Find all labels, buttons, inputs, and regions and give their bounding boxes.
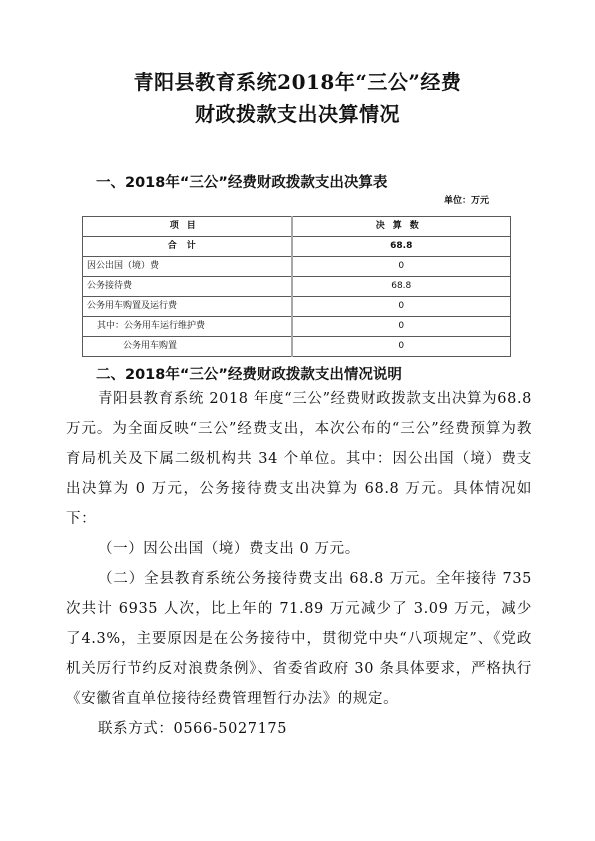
section-heading-table: 一、2018年“三公”经费财政拨款支出决算表 <box>96 173 387 193</box>
unit-label: 单位：万元 <box>444 195 489 207</box>
row-value: 0 <box>292 297 511 317</box>
row-value: 0 <box>292 337 511 357</box>
document-title-line2: 财政拨款支出决算情况 <box>0 98 595 130</box>
row-item: 其中：公务用车运行维护费 <box>83 317 292 337</box>
row-item: 公务接待费 <box>83 277 292 297</box>
row-item: 公务用车购置 <box>83 337 292 357</box>
row-value: 68.8 <box>292 237 511 257</box>
table-row: 公务用车购置及运行费 0 <box>83 297 511 317</box>
paragraph-item-2: （二）全县教育系统公务接待费支出 68.8 万元。全年接待 735 次共计 69… <box>66 564 532 714</box>
table-header-row: 项目 决算数 <box>83 217 511 237</box>
header-value: 决算数 <box>292 217 511 237</box>
paragraph-item-1: （一）因公出国（境）费支出 0 万元。 <box>66 534 532 564</box>
table-row: 因公出国（境）费 0 <box>83 257 511 277</box>
paragraph-summary: 青阳县教育系统 2018 年度“三公”经费财政拨款支出决算为68.8万元。为全面… <box>66 384 532 534</box>
header-item: 项目 <box>83 217 292 237</box>
row-value: 68.8 <box>292 277 511 297</box>
row-item: 合计 <box>83 237 292 257</box>
document-title-line1: 青阳县教育系统2018年“三公”经费 <box>0 66 595 98</box>
table-row: 公务用车购置 0 <box>83 337 511 357</box>
document-page: 青阳县教育系统2018年“三公”经费 财政拨款支出决算情况 一、2018年“三公… <box>0 0 595 841</box>
row-value: 0 <box>292 257 511 277</box>
table-row: 公务接待费 68.8 <box>83 277 511 297</box>
row-value: 0 <box>292 317 511 337</box>
table-row: 其中：公务用车运行维护费 0 <box>83 317 511 337</box>
table-row-total: 合计 68.8 <box>83 237 511 257</box>
section-heading-explanation: 二、2018年“三公”经费财政拨款支出情况说明 <box>96 365 402 385</box>
expenditure-table: 项目 决算数 合计 68.8 因公出国（境）费 0 公务接待费 68.8 公务用… <box>82 216 511 357</box>
row-item: 公务用车购置及运行费 <box>83 297 292 317</box>
paragraph-contact: 联系方式：0566-5027175 <box>66 714 532 744</box>
explanation-body: 青阳县教育系统 2018 年度“三公”经费财政拨款支出决算为68.8万元。为全面… <box>66 384 532 744</box>
row-item: 因公出国（境）费 <box>83 257 292 277</box>
